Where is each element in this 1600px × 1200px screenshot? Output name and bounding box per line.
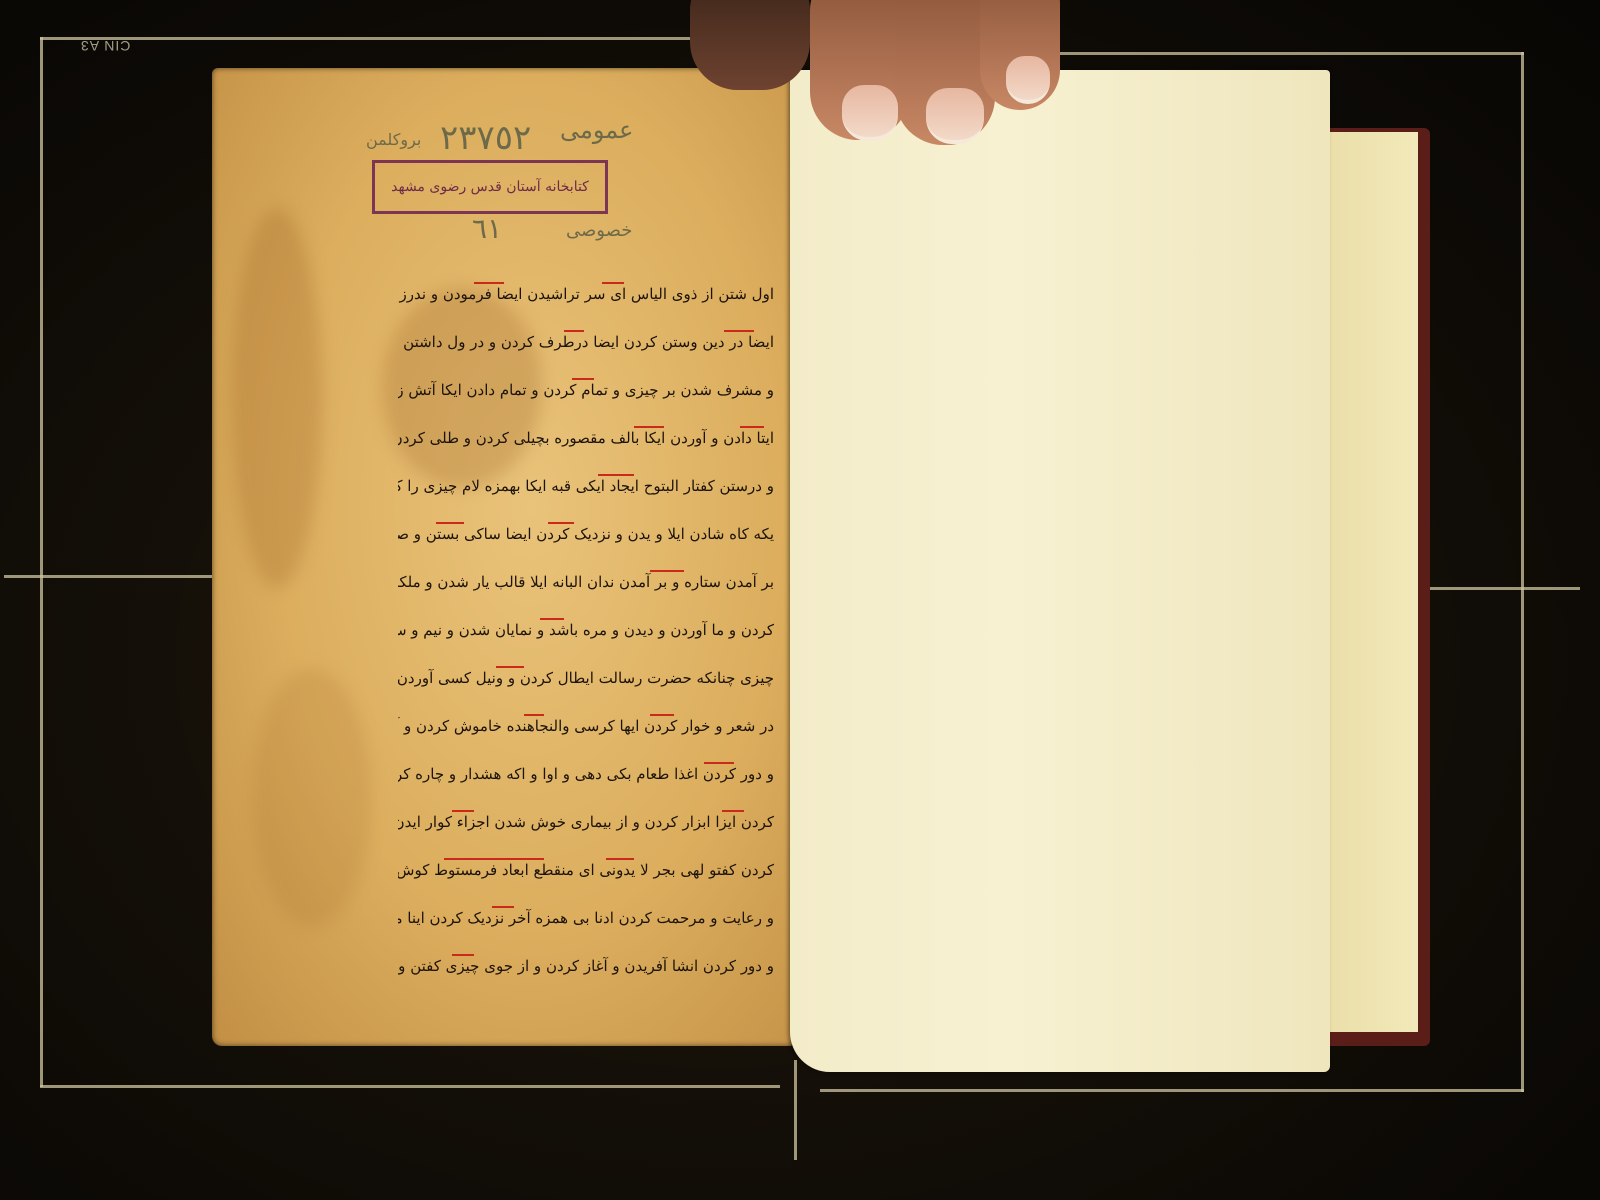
text-line: و رعایت و مرحمت کردن ادنا بی همزه آخر نز… <box>398 894 774 942</box>
text-line: کردن کفتو لهی بجر لا یدونی ای منقطع ابعا… <box>398 846 774 894</box>
text-line: اول شتن از ذوی الیاس ای سر تراشیدن ایضا … <box>398 270 774 318</box>
text-line: و مشرف شدن بر چیزی و تمام کردن و تمام دا… <box>398 366 774 414</box>
text-line: در شعر و خوار کردن ایها کرسی والنجاهنده … <box>398 702 774 750</box>
fingernail <box>842 85 898 141</box>
water-stain <box>232 208 322 588</box>
finger <box>690 0 810 90</box>
text-line: کردن و ما آوردن و دیدن و مره باشد و نمای… <box>398 606 774 654</box>
manuscript-text-block: اول شتن از ذوی الیاس ای سر تراشیدن ایضا … <box>398 270 774 990</box>
center-mark-vertical <box>794 1060 797 1160</box>
stamp-text: کتابخانه آستان قدس رضوی مشهد <box>391 179 589 195</box>
center-mark-right <box>1430 587 1580 590</box>
board-label: CIN A3 <box>80 38 130 54</box>
shelf-note: خصوصی <box>566 220 632 241</box>
frame-bottom-right <box>820 1089 1524 1092</box>
pencil-catalog-number: ٢٣٧٥٢ <box>440 118 531 158</box>
water-stain <box>252 668 372 928</box>
hand <box>690 0 1060 140</box>
text-line: چیزی چنانکه حضرت رسالت ایطال کردن و ونیل… <box>398 654 774 702</box>
frame-top-left <box>40 37 782 40</box>
text-line: کردن ایزا ابزار کردن و از بیماری خوش شدن… <box>398 798 774 846</box>
frame-bottom-left <box>40 1085 780 1088</box>
blank-flyleaf[interactable] <box>790 70 1330 1072</box>
center-mark-left <box>4 575 214 578</box>
pencil-note-left: بروکلمن <box>366 130 421 149</box>
fingernail <box>926 88 984 144</box>
fingernail <box>1006 56 1050 104</box>
text-line: و درستن کفتار البتوح ایجاد ایکی قبه ایکا… <box>398 462 774 510</box>
frame-left <box>40 37 43 1087</box>
frame-top-right <box>1040 52 1524 55</box>
library-stamp: کتابخانه آستان قدس رضوی مشهد <box>372 160 608 214</box>
text-line: و دور کردن انشا آفریدن و آغاز کردن و از … <box>398 942 774 990</box>
text-line: یکه کاه شادن ایلا و یدن و نزدیک کردن ایض… <box>398 510 774 558</box>
text-line: ایتا دادن و آوردن ایکا بالف مقصوره بچیلی… <box>398 414 774 462</box>
text-line: ایضا در دین وستن کردن ایضا درطرف کردن و … <box>398 318 774 366</box>
pencil-note-right: عمومی <box>560 116 633 144</box>
frame-right <box>1521 52 1524 1092</box>
shelf-number: ٦١ <box>472 212 502 245</box>
text-line: و دور کردن اغذا طعام بکی دهی و اوا و اکه… <box>398 750 774 798</box>
text-line: بر آمدن ستاره و بر آمدن ندان البانه ایلا… <box>398 558 774 606</box>
